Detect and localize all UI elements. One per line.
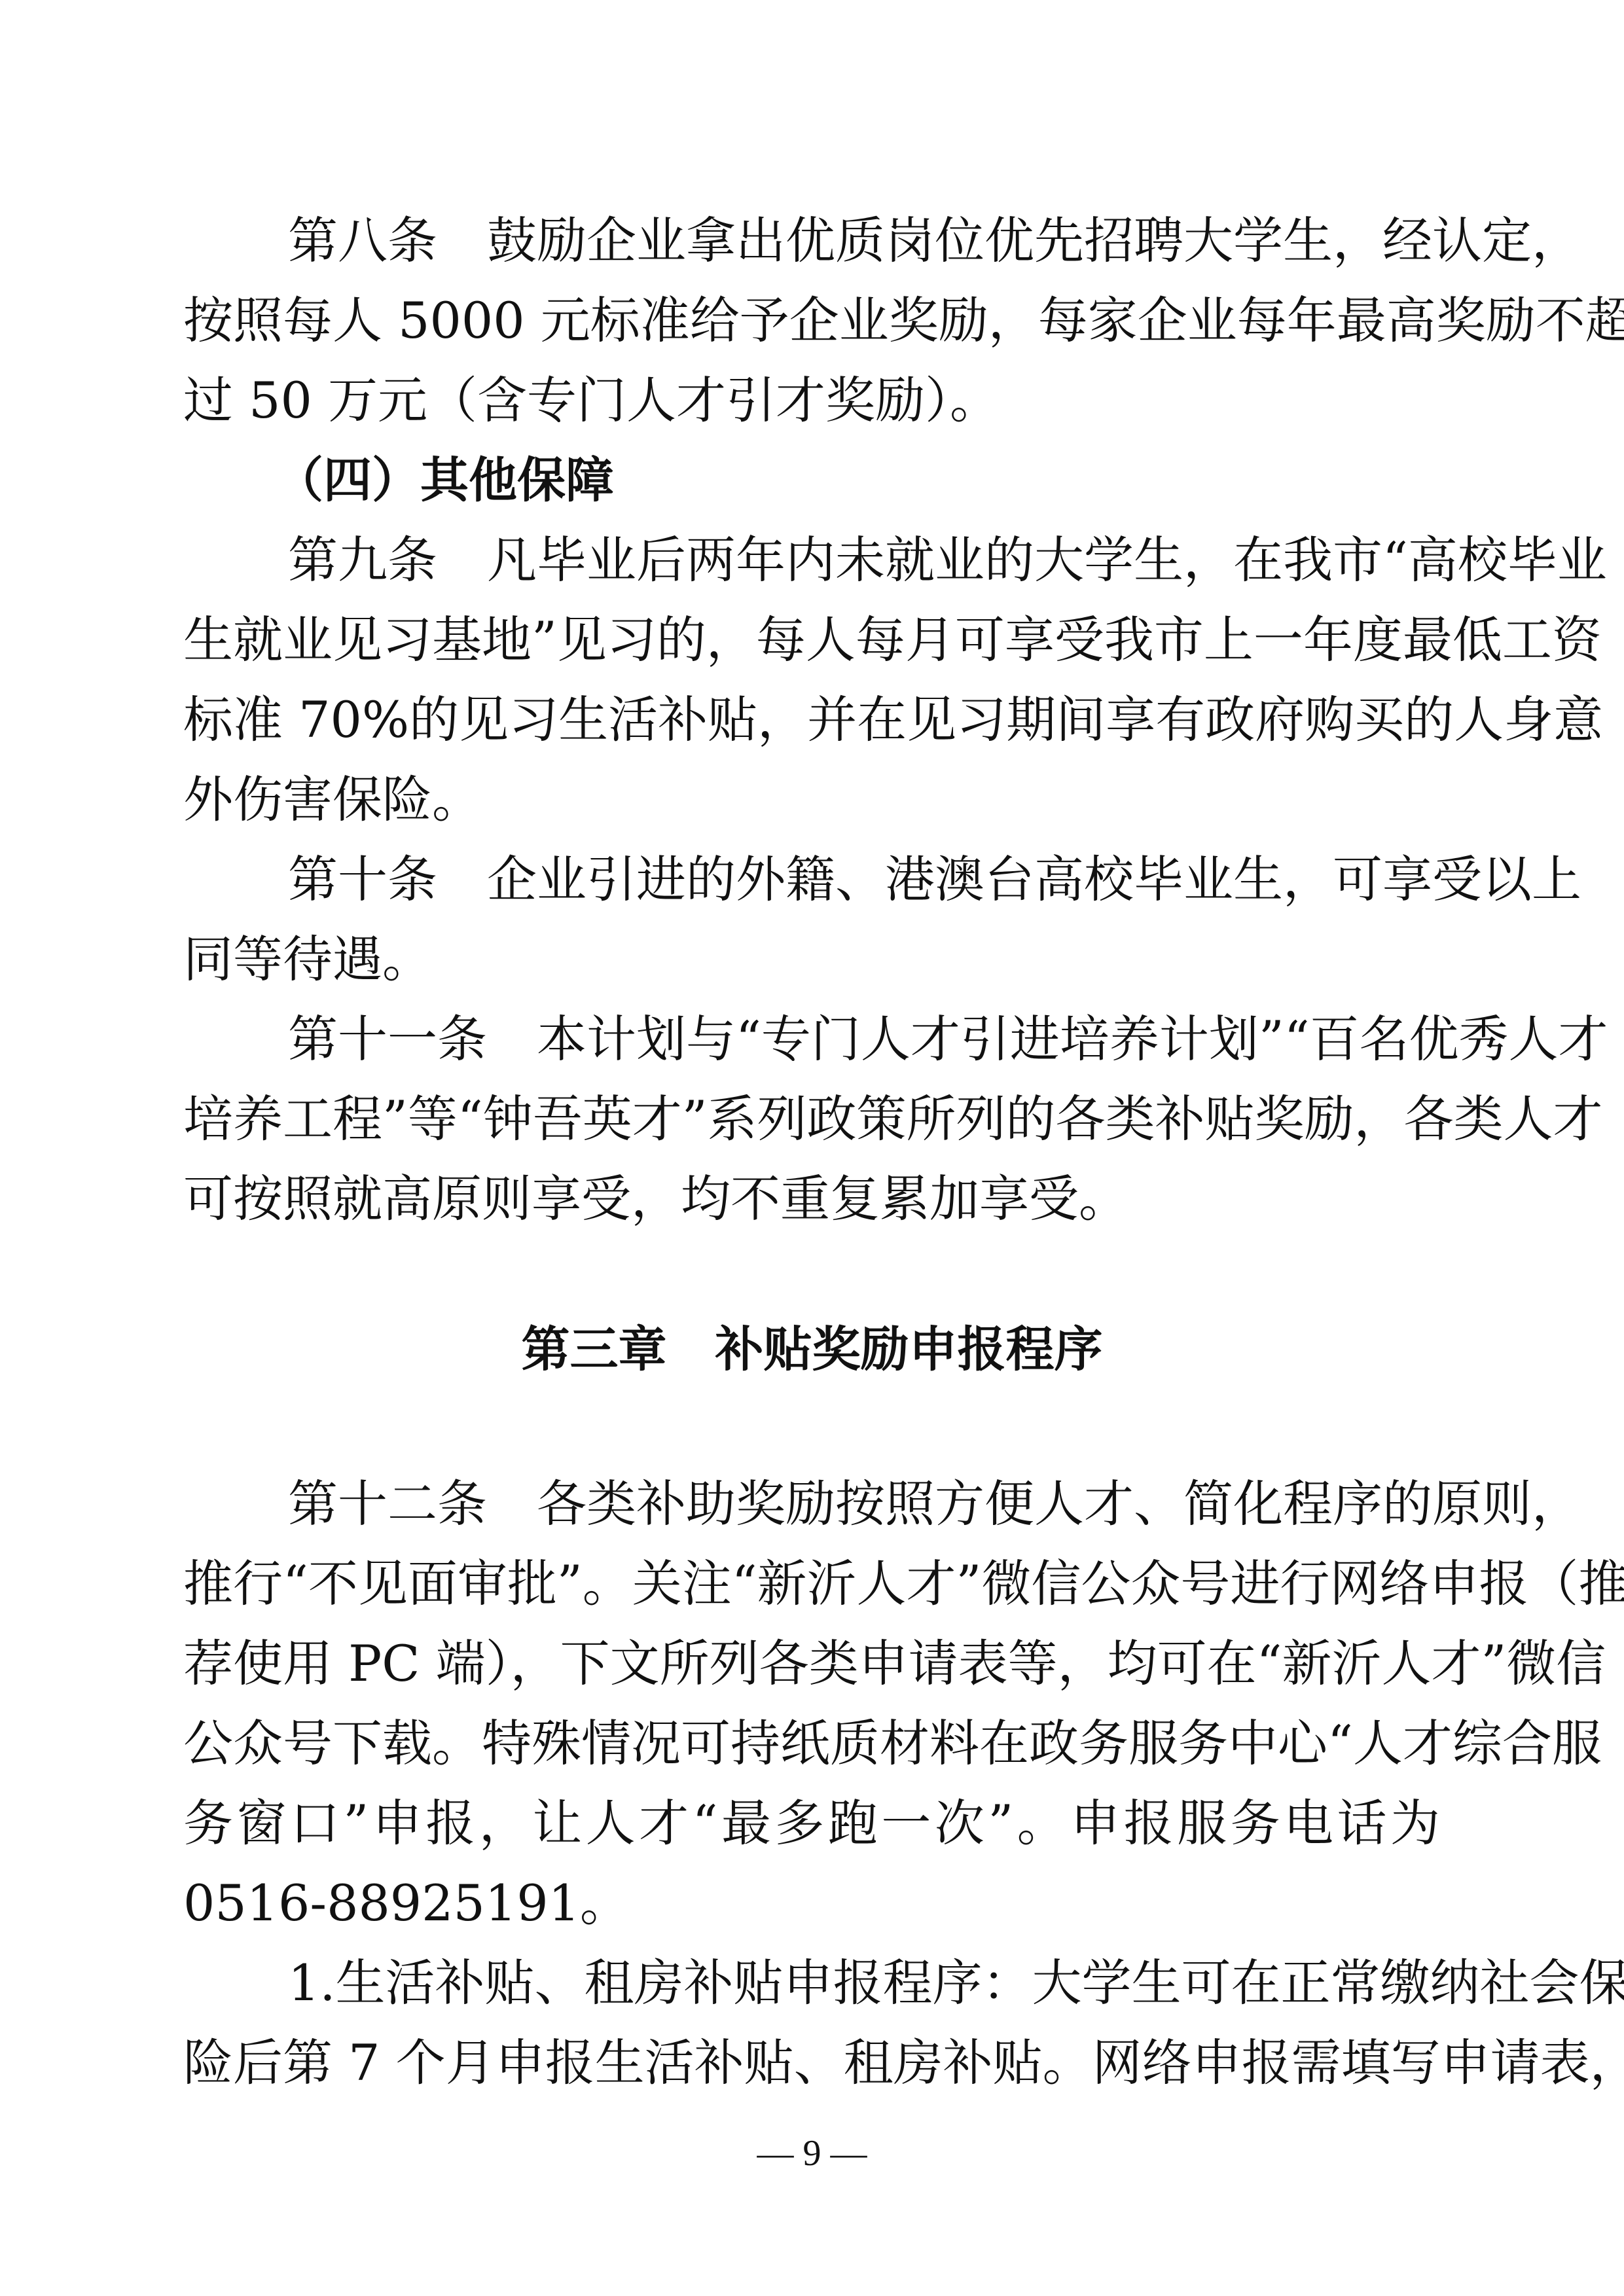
article-9-line-3: 标准 70%的见习生活补贴，并在见习期间享有政府购买的人身意 bbox=[183, 687, 1440, 753]
document-page: 第八条 鼓励企业拿出优质岗位优先招聘大学生，经认定， 按照每人 5000 元标准… bbox=[0, 0, 1624, 2296]
item-1-line-1: 1.生活补贴、租房补贴申报程序：大学生可在正常缴纳社会保 bbox=[288, 1950, 1440, 2016]
article-12-line-6-phone: 0516-88925191。 bbox=[183, 1871, 1440, 1936]
article-12-line-5: 务窗口”申报，让人才“最多跑一次”。申报服务电话为 bbox=[183, 1791, 1440, 1856]
chapter-3-heading: 第三章 补贴奖励申报程序 bbox=[0, 1317, 1624, 1382]
article-12-line-4: 公众号下载。特殊情况可持纸质材料在政务服务中心“人才综合服 bbox=[183, 1711, 1440, 1776]
article-11-line-2: 培养工程”等“钟吾英才”系列政策所列的各类补贴奖励，各类人才 bbox=[183, 1086, 1440, 1152]
article-10-line-2: 同等待遇。 bbox=[183, 927, 1440, 992]
article-8-line-3: 过 50 万元（含专门人才引才奖励）。 bbox=[183, 368, 1440, 433]
article-11-line-1: 第十一条 本计划与“专门人才引进培养计划”“百名优秀人才 bbox=[288, 1007, 1440, 1072]
page-number: — 9 — bbox=[0, 2130, 1624, 2176]
section-heading-other-guarantees: （四）其他保障 bbox=[275, 448, 614, 513]
article-12-line-3: 荐使用 PC 端），下文所列各类申请表等，均可在“新沂人才”微信 bbox=[183, 1631, 1440, 1696]
article-11-line-3: 可按照就高原则享受，均不重复累加享受。 bbox=[183, 1166, 1440, 1232]
item-1-line-2: 险后第 7 个月申报生活补贴、租房补贴。网络申报需填写申请表， bbox=[183, 2030, 1440, 2096]
article-12-line-1: 第十二条 各类补助奖励按照方便人才、简化程序的原则， bbox=[288, 1471, 1440, 1537]
article-8-line-1: 第八条 鼓励企业拿出优质岗位优先招聘大学生，经认定， bbox=[288, 208, 1440, 274]
article-9-line-4: 外伤害保险。 bbox=[183, 767, 1440, 833]
article-9-line-1: 第九条 凡毕业后两年内未就业的大学生，在我市“高校毕业 bbox=[288, 528, 1440, 593]
article-12-line-2: 推行“不见面审批”。关注“新沂人才”微信公众号进行网络申报（推 bbox=[183, 1551, 1440, 1617]
article-10-line-1: 第十条 企业引进的外籍、港澳台高校毕业生，可享受以上 bbox=[288, 847, 1440, 912]
article-9-line-2: 生就业见习基地”见习的，每人每月可享受我市上一年度最低工资 bbox=[183, 607, 1440, 673]
article-8-line-2: 按照每人 5000 元标准给予企业奖励，每家企业每年最高奖励不超 bbox=[183, 288, 1440, 353]
